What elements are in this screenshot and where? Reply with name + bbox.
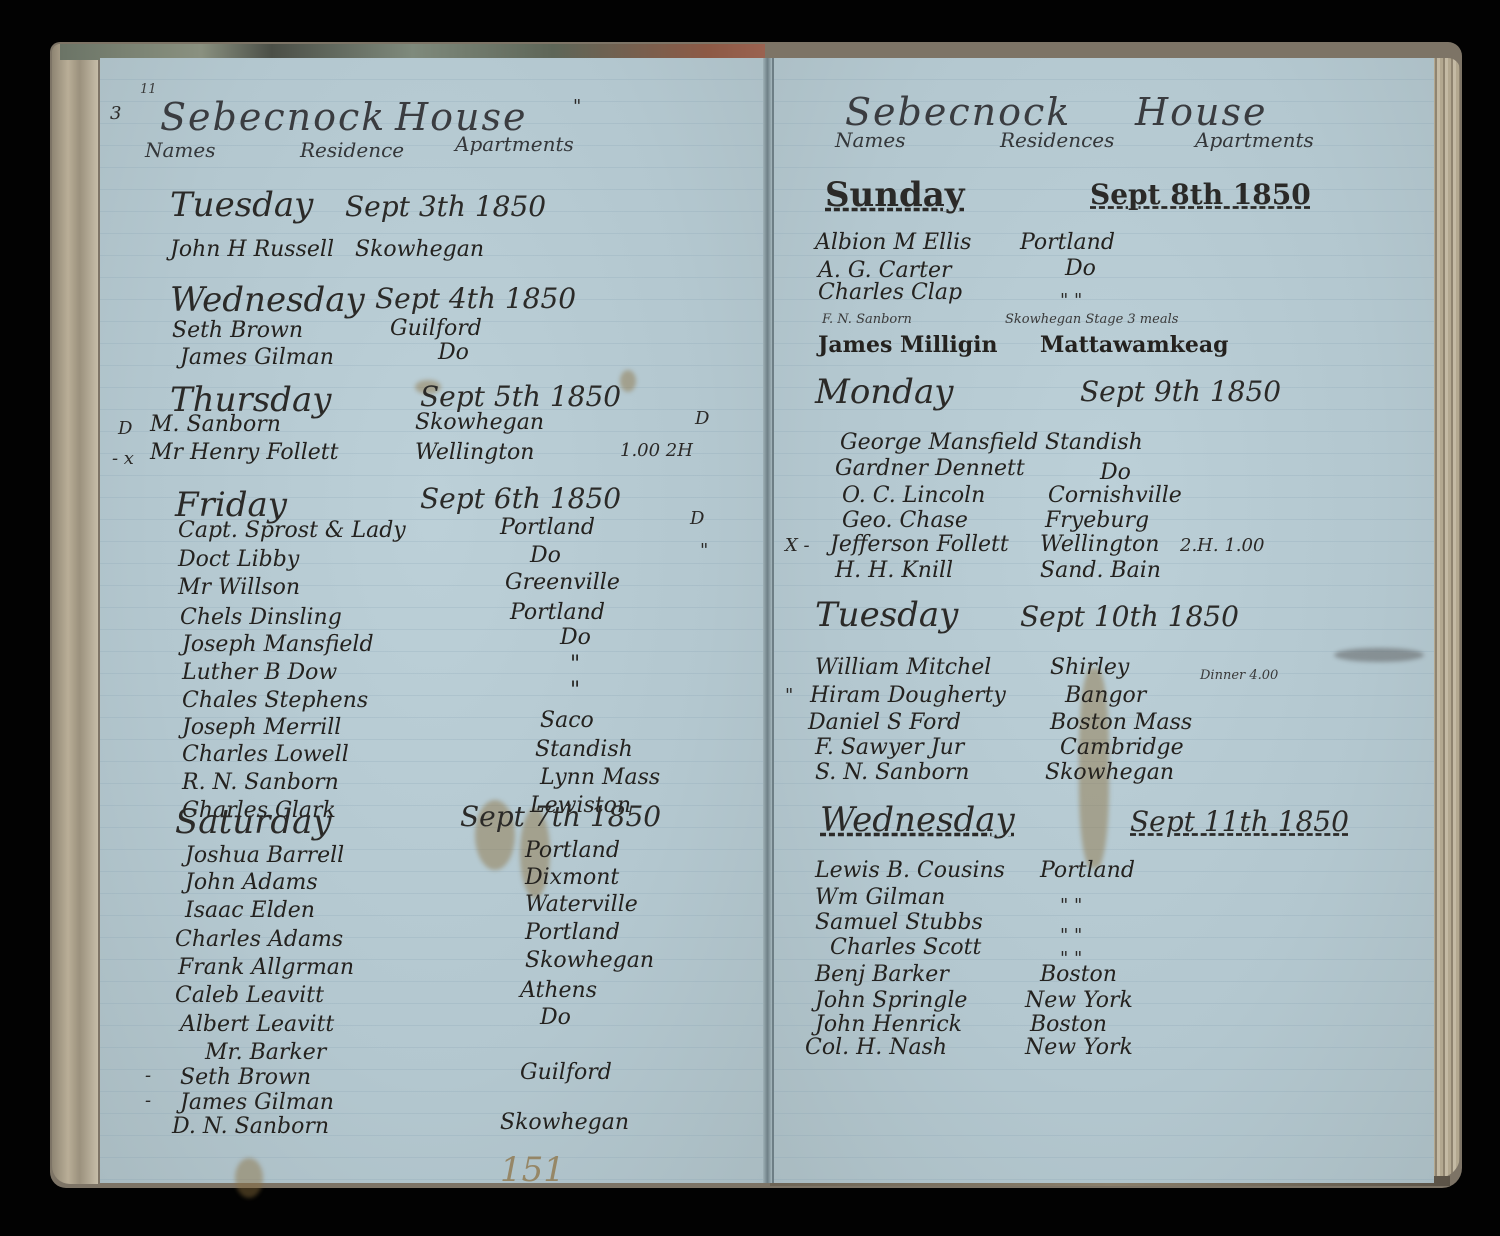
guest-name: Albion M Ellis [815, 230, 971, 255]
guest-name: Charles Clap [818, 280, 962, 305]
guest-residence: " " [1060, 925, 1082, 946]
guest-residence: Portland [525, 838, 620, 863]
guest-name: Hiram Dougherty [810, 683, 1006, 708]
guest-residence: Standish [535, 737, 633, 762]
guest-residence: Sand. Bain [1040, 558, 1161, 583]
guest-residence: " [570, 652, 580, 677]
guest-residence: Skowhegan [415, 410, 544, 435]
day-heading: Tuesday [815, 595, 958, 635]
stain-numerals: 151 [500, 1150, 565, 1190]
guest-name: Mr Henry Follett [150, 440, 338, 465]
page-fore-edge [1432, 58, 1460, 1178]
date-heading: Sept 7th 1850 [460, 800, 661, 833]
register-title-part1: Sebecnock [160, 95, 386, 139]
column-header-names: Names [835, 128, 906, 152]
guest-name: John Henrick [815, 1012, 962, 1037]
column-header-residence: Residence [300, 138, 404, 162]
guest-residence: Athens [520, 978, 597, 1003]
guest-name: John Springle [815, 988, 967, 1013]
guest-name: Caleb Leavitt [175, 983, 324, 1008]
guest-name: Mr. Barker [205, 1040, 326, 1065]
date-heading: Sept 4th 1850 [375, 282, 576, 315]
guest-residence: Bangor [1065, 683, 1146, 708]
guest-name: Wm Gilman [815, 885, 945, 910]
guest-name: Charles Scott [830, 935, 981, 960]
guest-residence: New York [1025, 1035, 1133, 1060]
guest-name: Albert Leavitt [180, 1012, 334, 1037]
guest-name: Chales Stephens [182, 688, 368, 713]
guest-name: F. N. Sanborn [822, 312, 912, 327]
guest-name: Joseph Mansfield [182, 632, 374, 657]
guest-residence: Portland [1040, 858, 1135, 883]
guest-name: James Milligin [818, 332, 998, 358]
guest-name: Lewis B. Cousins [815, 858, 1005, 883]
guest-name: Seth Brown [172, 318, 303, 343]
guest-residence: Do [560, 625, 591, 650]
margin-mark: - [145, 1065, 151, 1086]
guest-name: Frank Allgrman [178, 955, 354, 980]
date-heading: Sept 5th 1850 [420, 380, 621, 413]
apartment-note: D [690, 508, 704, 529]
guest-name: Capt. Sprost & Lady [178, 518, 406, 543]
guest-residence: " " [1060, 895, 1082, 916]
guest-residence: Portland [1020, 230, 1115, 255]
guest-name: Doct Libby [178, 547, 299, 572]
guest-name: James Gilman [180, 345, 334, 370]
guest-residence: Portland [525, 920, 620, 945]
margin-mark: - x [112, 448, 134, 469]
day-heading: Wednesday [170, 280, 365, 320]
day-heading: Monday [815, 372, 953, 412]
guest-residence: Skowhegan [1045, 760, 1174, 785]
guest-name: Joshua Barrell [185, 843, 344, 868]
day-heading: Wednesday [820, 800, 1015, 840]
guest-name: Mr Willson [178, 575, 300, 600]
guest-residence: Mattawamkeag [1040, 332, 1229, 358]
guest-residence: Boston [1040, 962, 1117, 987]
guest-name: Luther B Dow [182, 660, 337, 685]
page-number: 3 [110, 103, 121, 124]
guest-name: Daniel S Ford [808, 710, 961, 735]
guest-name: Chels Dinsling [180, 605, 342, 630]
guest-residence: " [570, 678, 580, 703]
column-header-names: Names [145, 138, 216, 162]
guest-residence: Boston Mass [1050, 710, 1192, 735]
guest-name: H. H. Knill [835, 558, 953, 583]
guest-name: Samuel Stubbs [815, 910, 983, 935]
guest-residence: Greenville [505, 570, 620, 595]
guest-residence: Boston [1030, 1012, 1107, 1037]
guest-name: Joseph Merrill [182, 715, 341, 740]
guest-residence: Lynn Mass [540, 765, 660, 790]
date-heading: Sept 9th 1850 [1080, 375, 1281, 408]
column-header-residence: Residences [1000, 128, 1114, 152]
guest-name: John H Russell [170, 237, 334, 262]
column-header-apartments: Apartments [455, 132, 574, 156]
guest-residence: Skowhegan [500, 1110, 629, 1135]
stain [620, 370, 636, 392]
day-heading: Tuesday [170, 185, 313, 225]
guest-name: S. N. Sanborn [815, 760, 969, 785]
guest-residence: Cambridge [1060, 735, 1184, 760]
page-corner-mark: 11 [140, 82, 157, 97]
guest-name: O. C. Lincoln [842, 483, 985, 508]
date-heading: Sept 3th 1850 [345, 190, 546, 223]
guest-residence: Wellington [1040, 532, 1159, 557]
guest-residence: Do [530, 543, 561, 568]
guest-name: John Adams [185, 870, 318, 895]
guest-residence: New York [1025, 988, 1133, 1013]
book-spine-edge [52, 44, 98, 1184]
guest-name: Col. H. Nash [805, 1035, 947, 1060]
guest-residence: Guilford [520, 1060, 612, 1085]
guest-residence: Saco [540, 708, 594, 733]
guest-residence: Do [438, 340, 469, 365]
apartment-note: " [700, 540, 708, 561]
guest-name: James Gilman [180, 1090, 334, 1115]
guest-residence: Skowhegan [525, 948, 654, 973]
guest-name: Isaac Elden [185, 898, 315, 923]
guest-residence: Fryeburg [1045, 508, 1149, 533]
guest-residence: Shirley [1050, 655, 1129, 680]
guest-name: George Mansfield [840, 430, 1038, 455]
guest-residence: Dixmont [525, 865, 619, 890]
guest-residence: Do [1100, 460, 1131, 485]
stain [1334, 648, 1424, 662]
column-header-apartments: Apartments [1195, 128, 1314, 152]
book-gutter [763, 58, 772, 1183]
apartment-note: 2.H. 1.00 [1180, 535, 1264, 556]
guest-name: William Mitchel [815, 655, 991, 680]
guest-residence: Do [1065, 256, 1096, 281]
guest-name: F. Sawyer Jur [815, 735, 964, 760]
guest-residence: Waterville [525, 892, 638, 917]
guest-name: Jefferson Follett [830, 532, 1009, 557]
guest-residence: Skowhegan [355, 237, 484, 262]
guest-residence: Standish [1045, 430, 1143, 455]
guest-name: Gardner Dennett [835, 456, 1025, 481]
guest-name: M. Sanborn [150, 412, 281, 437]
day-heading: Sunday [825, 175, 965, 215]
margin-mark: " [785, 685, 793, 706]
apartment-note: 1.00 2H [620, 440, 693, 461]
margin-mark: - [145, 1090, 151, 1111]
quote-mark: " [573, 96, 581, 117]
guest-residence: Portland [500, 515, 595, 540]
guest-name: D. N. Sanborn [172, 1114, 329, 1139]
guest-name: Benj Barker [815, 962, 949, 987]
date-heading: Sept 6th 1850 [420, 482, 621, 515]
guest-residence: Portland [510, 600, 605, 625]
guest-name: R. N. Sanborn [182, 770, 339, 795]
margin-mark: X - [785, 535, 810, 556]
stain [235, 1158, 263, 1198]
margin-mark: D [118, 418, 132, 439]
guest-residence: Wellington [415, 440, 534, 465]
day-heading: Saturday [175, 802, 332, 842]
date-heading: Sept 11th 1850 [1130, 805, 1349, 838]
guest-name: Seth Brown [180, 1065, 311, 1090]
apartment-note: Dinner 4.00 [1200, 668, 1278, 683]
date-heading: Sept 10th 1850 [1020, 600, 1239, 633]
guest-residence: Guilford [390, 316, 482, 341]
guest-name: Charles Adams [175, 927, 343, 952]
apartment-note: D [695, 408, 709, 429]
guest-name: Charles Lowell [182, 742, 349, 767]
guest-residence: Do [540, 1005, 571, 1030]
guest-name: Geo. Chase [842, 508, 968, 533]
guest-residence: Skowhegan Stage 3 meals [1005, 312, 1178, 327]
guest-residence: Cornishville [1048, 483, 1182, 508]
guest-residence: " " [1060, 290, 1082, 311]
date-heading: Sept 8th 1850 [1090, 178, 1311, 211]
